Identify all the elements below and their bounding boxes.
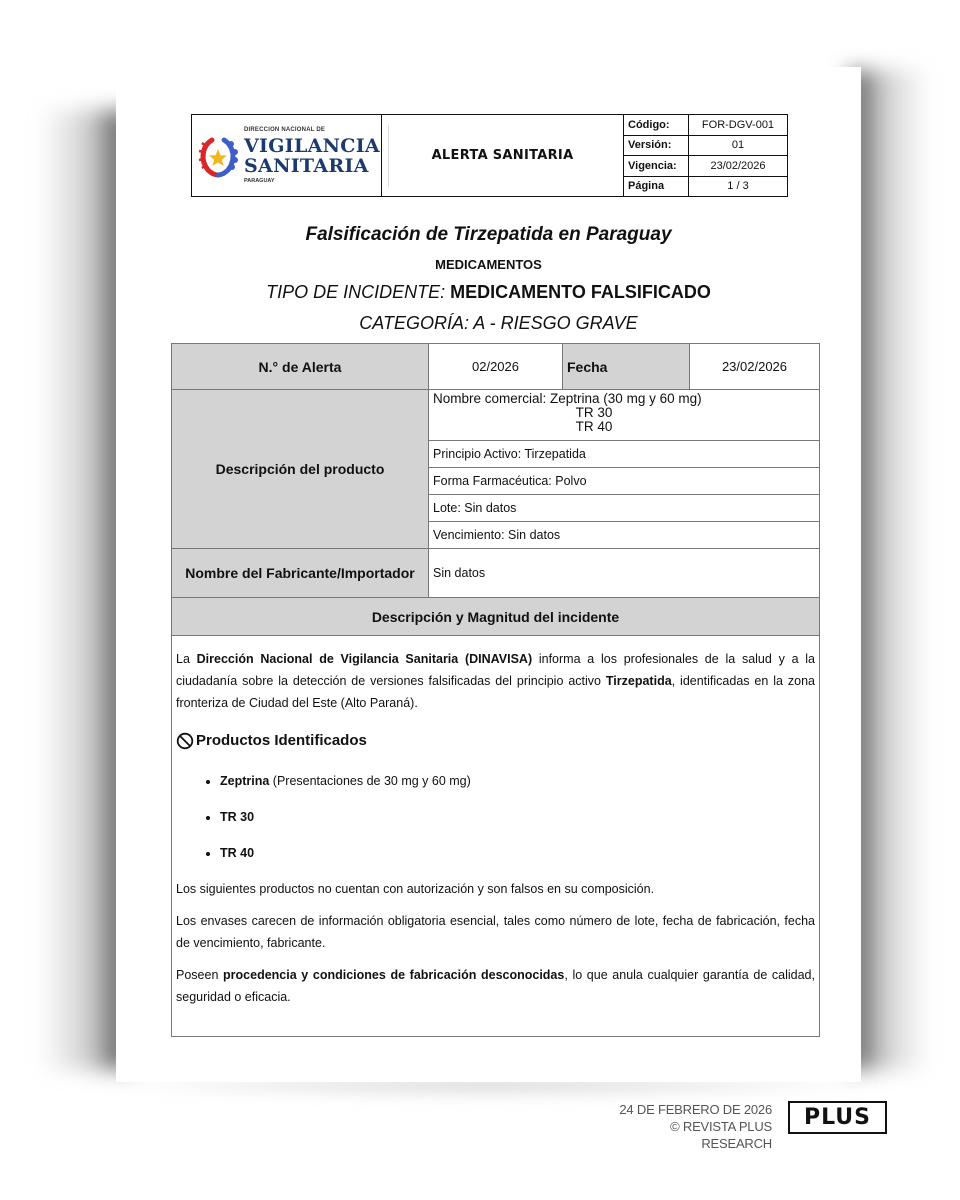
meta-row-validity: Vigencia: 23/02/2026 [624, 156, 787, 177]
identified-products-list: Zeptrina (Presentaciones de 30 mg y 60 m… [176, 770, 815, 864]
meta-key: Vigencia: [624, 156, 689, 176]
expiry-date: Vencimiento: Sin datos [429, 522, 819, 548]
commercial-name-main: Nombre comercial: Zeptrina (30 mg y 60 m… [433, 392, 815, 406]
meta-value: 1 / 3 [689, 177, 787, 197]
active-ingredient: Principio Activo: Tirzepatida [429, 441, 819, 468]
prohibited-icon [176, 732, 194, 750]
document-type-title: ALERTA SANITARIA [382, 115, 624, 196]
footer-copyright: © REVISTA PLUS RESEARCH [612, 1118, 772, 1152]
meta-row-page: Página 1 / 3 [624, 177, 787, 197]
list-item: TR 40 [220, 842, 815, 864]
meta-value: 23/02/2026 [689, 156, 787, 176]
origin-paragraph: Poseen procedencia y condiciones de fabr… [176, 964, 815, 1008]
product-description-label: Descripción del producto [172, 390, 429, 548]
intro-paragraph: La Dirección Nacional de Vigilancia Sani… [176, 648, 815, 714]
document-header-table: DIRECCION NACIONAL DE VIGILANCIA SANITAR… [191, 114, 788, 197]
logo-line1: VIGILANCIA [244, 136, 380, 156]
pharmaceutical-form: Forma Farmacéutica: Polvo [429, 468, 819, 495]
document-meta-table: Código: FOR-DGV-001 Versión: 01 Vigencia… [624, 115, 787, 196]
manufacturer-value: Sin datos [429, 549, 819, 597]
incident-description-row: La Dirección Nacional de Vigilancia Sani… [172, 636, 819, 1036]
date-label: Fecha [563, 344, 690, 389]
meta-value: FOR-DGV-001 [689, 115, 787, 135]
alert-number-row: N.° de Alerta 02/2026 Fecha 23/02/2026 [172, 344, 819, 390]
packaging-paragraph: Los envases carecen de información oblig… [176, 910, 815, 954]
dinavisa-logo: DIRECCION NACIONAL DE VIGILANCIA SANITAR… [192, 115, 382, 196]
list-item: TR 30 [220, 806, 815, 828]
footer-date: 24 DE FEBRERO DE 2026 [612, 1101, 772, 1118]
incident-type: TIPO DE INCIDENTE: MEDICAMENTO FALSIFICA… [116, 282, 861, 303]
meta-key: Código: [624, 115, 689, 135]
footer-credit: 24 DE FEBRERO DE 2026 © REVISTA PLUS RES… [612, 1101, 772, 1152]
date-value: 23/02/2026 [690, 344, 819, 389]
meta-value: 01 [689, 136, 787, 156]
alert-details-table: N.° de Alerta 02/2026 Fecha 23/02/2026 D… [171, 343, 820, 1037]
alert-number-label: N.° de Alerta [172, 344, 429, 389]
risk-category: CATEGORÍA: A - RIESGO GRAVE [116, 313, 861, 334]
logo-country: PARAGUAY [244, 179, 380, 185]
meta-row-code: Código: FOR-DGV-001 [624, 115, 787, 136]
meta-row-version: Versión: 01 [624, 136, 787, 157]
meta-key: Versión: [624, 136, 689, 156]
incident-type-value: MEDICAMENTO FALSIFICADO [450, 282, 711, 302]
commercial-name-alt: TR 40 [433, 420, 815, 434]
manufacturer-row: Nombre del Fabricante/Importador Sin dat… [172, 549, 819, 598]
alert-number-value: 02/2026 [429, 344, 563, 389]
meta-key: Página [624, 177, 689, 197]
lot-number: Lote: Sin datos [429, 495, 819, 522]
list-item: Zeptrina (Presentaciones de 30 mg y 60 m… [220, 770, 815, 792]
manufacturer-label: Nombre del Fabricante/Importador [172, 549, 429, 597]
document-page: DIRECCION NACIONAL DE VIGILANCIA SANITAR… [116, 67, 861, 1082]
commercial-name: Nombre comercial: Zeptrina (30 mg y 60 m… [429, 390, 819, 441]
commercial-name-alt: TR 30 [433, 406, 815, 420]
plus-brand-logo: PLUS [788, 1101, 887, 1134]
product-description-row: Descripción del producto Nombre comercia… [172, 390, 819, 549]
identified-products-heading: Productos Identificados [176, 730, 815, 752]
incident-section-header: Descripción y Magnitud del incidente [172, 598, 819, 636]
logo-top-text: DIRECCION NACIONAL DE [244, 127, 380, 133]
alert-group: MEDICAMENTOS [116, 257, 861, 272]
incident-type-label: TIPO DE INCIDENTE: [266, 282, 445, 302]
logo-line2: SANITARIA [244, 156, 380, 176]
no-authorization-paragraph: Los siguientes productos no cuentan con … [176, 878, 815, 900]
alert-title: Falsificación de Tirzepatida en Paraguay [116, 224, 861, 246]
incident-description: La Dirección Nacional de Vigilancia Sani… [172, 636, 819, 1036]
paraguay-star-emblem-icon [198, 132, 238, 180]
